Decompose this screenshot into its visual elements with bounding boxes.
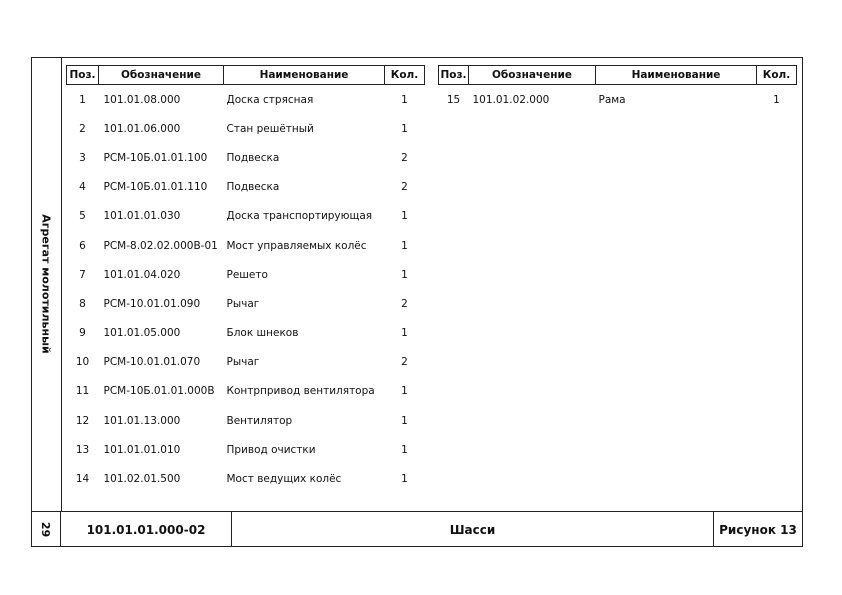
cell-qty: 2 [385,143,425,172]
cell-qty: 1 [385,85,425,115]
cell-qty: 1 [385,202,425,231]
header-name: Наименование [224,66,385,85]
cell-pos: 11 [67,377,99,406]
cell-name: Мост управляемых колёс [224,231,385,260]
cell-code: 101.01.04.020 [99,260,224,289]
header-pos: Поз. [439,66,469,85]
cell-qty: 1 [385,435,425,464]
page-number: 29 [39,522,52,537]
cell-pos: 5 [67,202,99,231]
table-header-row: Поз. Обозначение Наименование Кол. [67,66,425,85]
cell-code: РСМ-10.01.01.090 [99,289,224,318]
cell-qty: 1 [385,464,425,493]
table-row: 8РСМ-10.01.01.090Рычаг2 [67,289,425,318]
cell-qty: 1 [385,114,425,143]
table-row: 12101.01.13.000Вентилятор1 [67,406,425,435]
cell-pos: 9 [67,319,99,348]
cell-pos: 6 [67,231,99,260]
parts-table-left: Поз. Обозначение Наименование Кол. 1101.… [66,65,425,494]
table-row: 14101.02.01.500Мост ведущих колёс1 [67,464,425,493]
cell-qty: 2 [385,173,425,202]
table-row: 6РСМ-8.02.02.000В-01Мост управляемых кол… [67,231,425,260]
cell-code: РСМ-10.01.01.070 [99,348,224,377]
cell-qty: 2 [385,289,425,318]
cell-code: РСМ-10Б.01.01.110 [99,173,224,202]
title-block: 29 101.01.01.000-02 Шасси Рисунок 13 [31,511,802,547]
cell-name: Блок шнеков [224,319,385,348]
cell-name: Вентилятор [224,406,385,435]
cell-name: Мост ведущих колёс [224,464,385,493]
cell-pos: 13 [67,435,99,464]
cell-pos: 7 [67,260,99,289]
cell-qty: 1 [385,377,425,406]
table-row: 1101.01.08.000Доска стрясная1 [67,85,425,115]
table-row: 2101.01.06.000Стан решётный1 [67,114,425,143]
cell-code: 101.01.06.000 [99,114,224,143]
cell-name: Подвеска [224,143,385,172]
cell-qty: 1 [385,406,425,435]
table-row: 9101.01.05.000Блок шнеков1 [67,319,425,348]
page-number-cell: 29 [31,512,61,547]
cell-name: Доска транспортирующая [224,202,385,231]
table-row: 5101.01.01.030Доска транспортирующая1 [67,202,425,231]
header-qty: Кол. [757,66,797,85]
cell-code: РСМ-10Б.01.01.000В [99,377,224,406]
cell-code: 101.01.08.000 [99,85,224,115]
header-code: Обозначение [99,66,224,85]
table-header-row: Поз. Обозначение Наименование Кол. [439,66,797,85]
cell-qty: 1 [385,319,425,348]
table-row: 11РСМ-10Б.01.01.000ВКонтрпривод вентилят… [67,377,425,406]
header-pos: Поз. [67,66,99,85]
cell-qty: 1 [385,231,425,260]
document-code: 101.01.01.000-02 [61,512,232,547]
cell-code: 101.01.01.010 [99,435,224,464]
cell-pos: 8 [67,289,99,318]
cell-name: Решето [224,260,385,289]
header-name: Наименование [596,66,757,85]
table-row: 4РСМ-10Б.01.01.110Подвеска2 [67,173,425,202]
table-row: 3РСМ-10Б.01.01.100Подвеска2 [67,143,425,172]
cell-name: Стан решётный [224,114,385,143]
cell-code: РСМ-8.02.02.000В-01 [99,231,224,260]
table-row: 13101.01.01.010Привод очистки1 [67,435,425,464]
cell-code: 101.01.13.000 [99,406,224,435]
cell-pos: 4 [67,173,99,202]
drawing-title: Шасси [232,512,714,547]
header-qty: Кол. [385,66,425,85]
parts-table-right: Поз. Обозначение Наименование Кол. 15101… [438,65,797,114]
cell-qty: 1 [757,85,797,115]
cell-pos: 14 [67,464,99,493]
cell-name: Рычаг [224,289,385,318]
cell-pos: 2 [67,114,99,143]
cell-code: 101.01.02.000 [469,85,596,115]
table-row: 10РСМ-10.01.01.070Рычаг2 [67,348,425,377]
header-code: Обозначение [469,66,596,85]
cell-name: Рычаг [224,348,385,377]
cell-name: Привод очистки [224,435,385,464]
cell-pos: 3 [67,143,99,172]
cell-pos: 1 [67,85,99,115]
figure-label: Рисунок 13 [714,512,802,547]
cell-pos: 10 [67,348,99,377]
cell-name: Контрпривод вентилятора [224,377,385,406]
cell-name: Доска стрясная [224,85,385,115]
cell-qty: 1 [385,260,425,289]
cell-name: Подвеска [224,173,385,202]
table-row: 15101.01.02.000Рама1 [439,85,797,115]
cell-pos: 12 [67,406,99,435]
cell-qty: 2 [385,348,425,377]
cell-code: РСМ-10Б.01.01.100 [99,143,224,172]
cell-code: 101.02.01.500 [99,464,224,493]
cell-code: 101.01.05.000 [99,319,224,348]
table-row: 7101.01.04.020Решето1 [67,260,425,289]
cell-pos: 15 [439,85,469,115]
assembly-group-label: Агрегат молотильный [40,214,53,353]
cell-name: Рама [596,85,757,115]
cell-code: 101.01.01.030 [99,202,224,231]
